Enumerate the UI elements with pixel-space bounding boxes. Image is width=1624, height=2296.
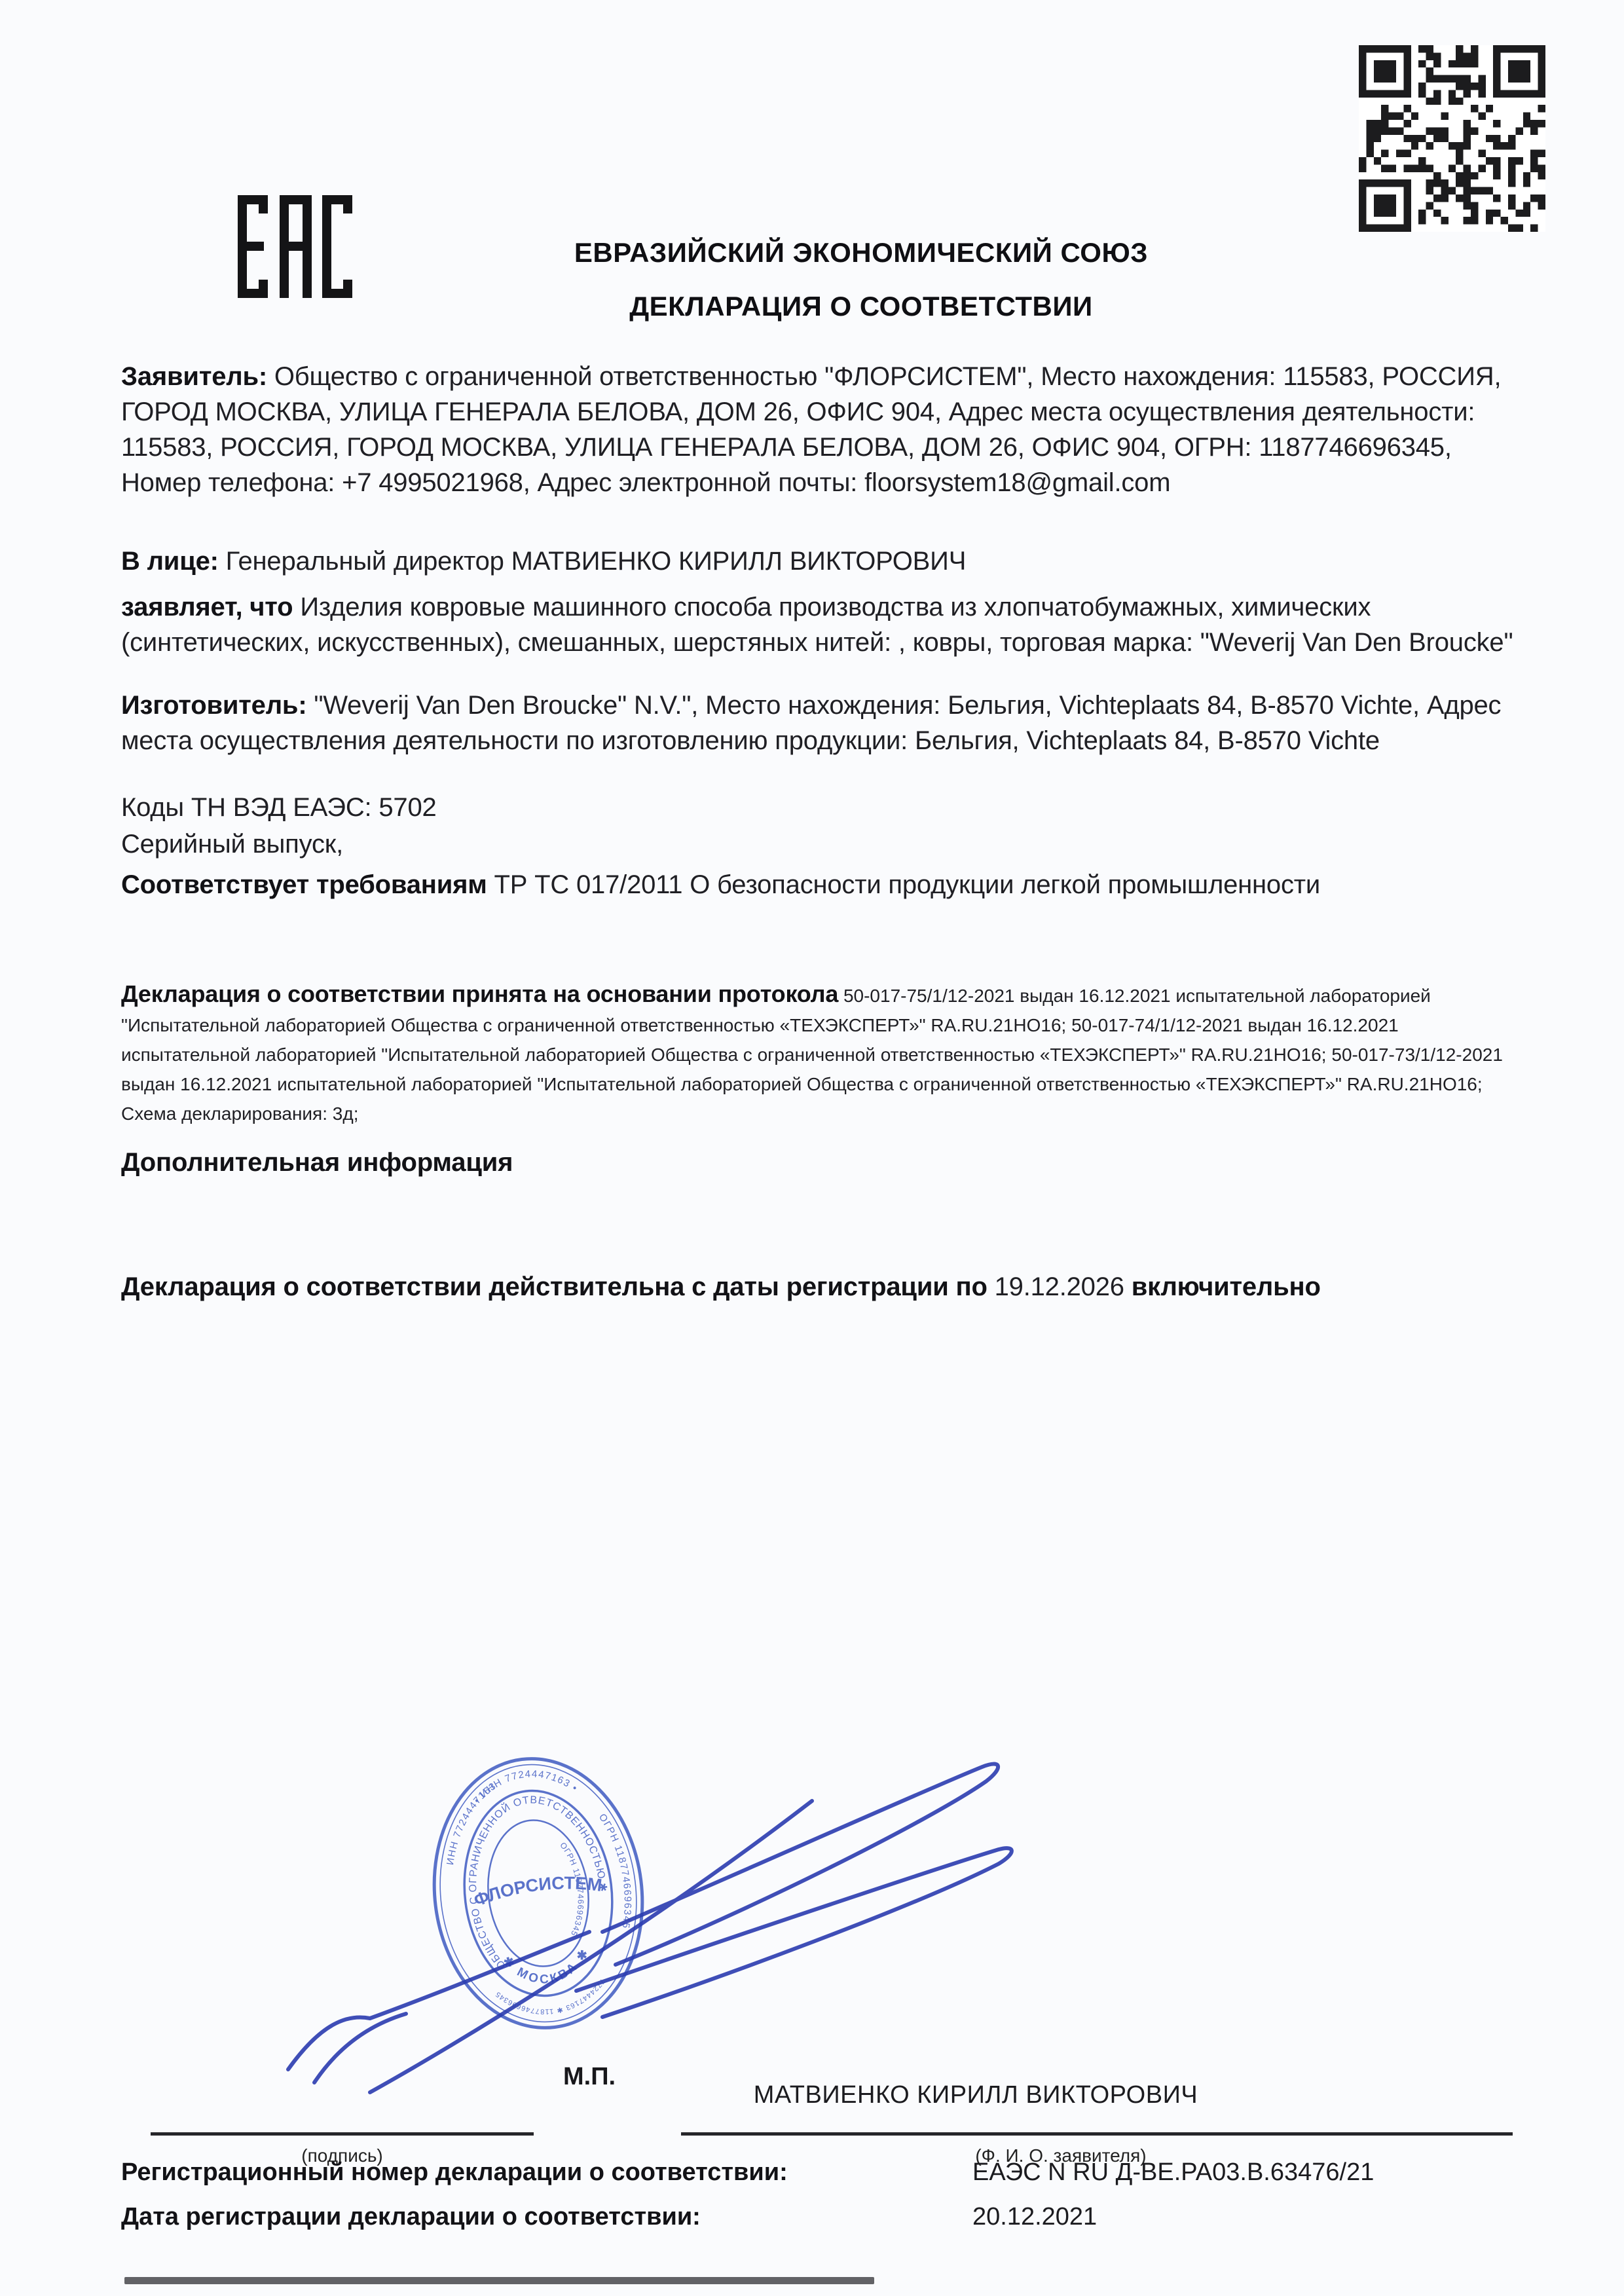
in-person-paragraph: В лице: Генеральный директор МАТВИЕНКО К…: [121, 544, 1516, 579]
fio-underline: [681, 2132, 1513, 2136]
svg-text:ОБЩЕСТВО С ОГРАНИЧЕННОЙ ОТВЕТС: ОБЩЕСТВО С ОГРАНИЧЕННОЙ ОТВЕТСТВЕННОСТЬЮ…: [456, 1787, 616, 1974]
validity-lead: Декларация о соответствии действительна …: [121, 1272, 995, 1301]
basis-paragraph: Декларация о соответствии принята на осн…: [121, 980, 1516, 1127]
company-stamp: • ИНН 7724447163 • ИНН 7724447163 ОГРН 1…: [393, 1722, 694, 2050]
tn-ved-codes-line: Коды ТН ВЭД ЕАЭС: 5702: [121, 790, 1516, 825]
signature-ink: [249, 1716, 1022, 2122]
manufacturer-text: "Weverij Van Den Broucke" N.V.", Место н…: [121, 691, 1501, 755]
qr-code: [1359, 45, 1545, 232]
complies-paragraph: Соответствует требованиям ТР ТС 017/2011…: [121, 867, 1516, 902]
in-person-text: Генеральный директор МАТВИЕНКО КИРИЛЛ ВИ…: [219, 547, 966, 576]
eac-logo-icon: [238, 195, 354, 298]
declaration-document: ЕВРАЗИЙСКИЙ ЭКОНОМИЧЕСКИЙ СОЮЗ ДЕКЛАРАЦИ…: [0, 0, 1624, 2296]
stamp-city-text: ✱ МОСКВА ✱: [499, 1944, 597, 1992]
document-title-union: ЕВРАЗИЙСКИЙ ЭКОНОМИЧЕСКИЙ СОЮЗ: [354, 237, 1369, 268]
document-title-declaration: ДЕКЛАРАЦИЯ О СООТВЕТСТВИИ: [354, 291, 1369, 322]
declares-label: заявляет, что: [121, 593, 293, 621]
stamp-band-text: ОБЩЕСТВО С ОГРАНИЧЕННОЙ ОТВЕТСТВЕННОСТЬЮ…: [456, 1787, 616, 1974]
declares-paragraph: заявляет, что Изделия ковровые машинного…: [121, 589, 1516, 660]
basis-label: Декларация о соответствии принята на осн…: [121, 980, 838, 1007]
scan-artifact-line: [124, 2277, 874, 2284]
manufacturer-label: Изготовитель:: [121, 691, 306, 720]
complies-text: ТР ТС 017/2011 О безопасности продукции …: [487, 870, 1320, 899]
complies-label: Соответствует требованиям: [121, 870, 487, 899]
applicant-paragraph: Заявитель: Общество с ограниченной ответ…: [121, 359, 1516, 500]
serial-release-line: Серийный выпуск,: [121, 826, 1516, 862]
stamp-ring-left-text: ИНН 7724447163: [435, 1780, 507, 1868]
svg-text:7724447163 ✱ 1187746696345: 7724447163 ✱ 1187746696345: [493, 1976, 609, 2022]
svg-text:✱ МОСКВА ✱: ✱ МОСКВА ✱: [499, 1944, 597, 1992]
stamp-ring-bottom-text: 7724447163 ✱ 1187746696345: [493, 1976, 609, 2022]
stamp-ring-top-text: • ИНН 7724447163 •: [469, 1762, 581, 1807]
manufacturer-paragraph: Изготовитель: "Weverij Van Den Broucke" …: [121, 688, 1516, 758]
declares-text: Изделия ковровые машинного способа произ…: [121, 593, 1513, 657]
mp-label: М.П.: [563, 2063, 616, 2091]
in-person-label: В лице:: [121, 547, 219, 576]
svg-text:• ИНН 7724447163 •: • ИНН 7724447163 •: [469, 1762, 581, 1807]
validity-tail: включительно: [1124, 1272, 1321, 1301]
registration-number-value: ЕАЭС N RU Д-BE.PA03.B.63476/21: [972, 2158, 1374, 2187]
registration-date-label: Дата регистрации декларации о соответств…: [121, 2203, 701, 2231]
applicant-text: Общество с ограниченной ответственностью…: [121, 362, 1501, 497]
stamp-center-text: «ФЛОРСИСТЕМ»: [393, 1722, 605, 1921]
svg-text:ОГРН 1187746696345: ОГРН 1187746696345: [596, 1809, 638, 1932]
stamp-inner-ogrn-text: ОГРН 1187746696345: [557, 1839, 590, 1938]
signature-underline: [151, 2132, 534, 2136]
stamp-ring-right-text: ОГРН 1187746696345: [596, 1809, 638, 1932]
validity-paragraph: Декларация о соответствии действительна …: [121, 1269, 1516, 1305]
registration-date-value: 20.12.2021: [972, 2203, 1097, 2231]
signatory-name: МАТВИЕНКО КИРИЛЛ ВИКТОРОВИЧ: [681, 2081, 1270, 2109]
registration-number-label: Регистрационный номер декларации о соотв…: [121, 2158, 788, 2187]
svg-text:ИНН 7724447163: ИНН 7724447163: [435, 1780, 507, 1868]
svg-text:ОГРН 1187746696345: ОГРН 1187746696345: [557, 1839, 590, 1938]
additional-info-heading: Дополнительная информация: [121, 1145, 1516, 1180]
applicant-label: Заявитель:: [121, 362, 267, 391]
svg-text:«ФЛОРСИСТЕМ»: «ФЛОРСИСТЕМ»: [393, 1722, 605, 1921]
validity-date: 19.12.2026: [995, 1272, 1124, 1301]
